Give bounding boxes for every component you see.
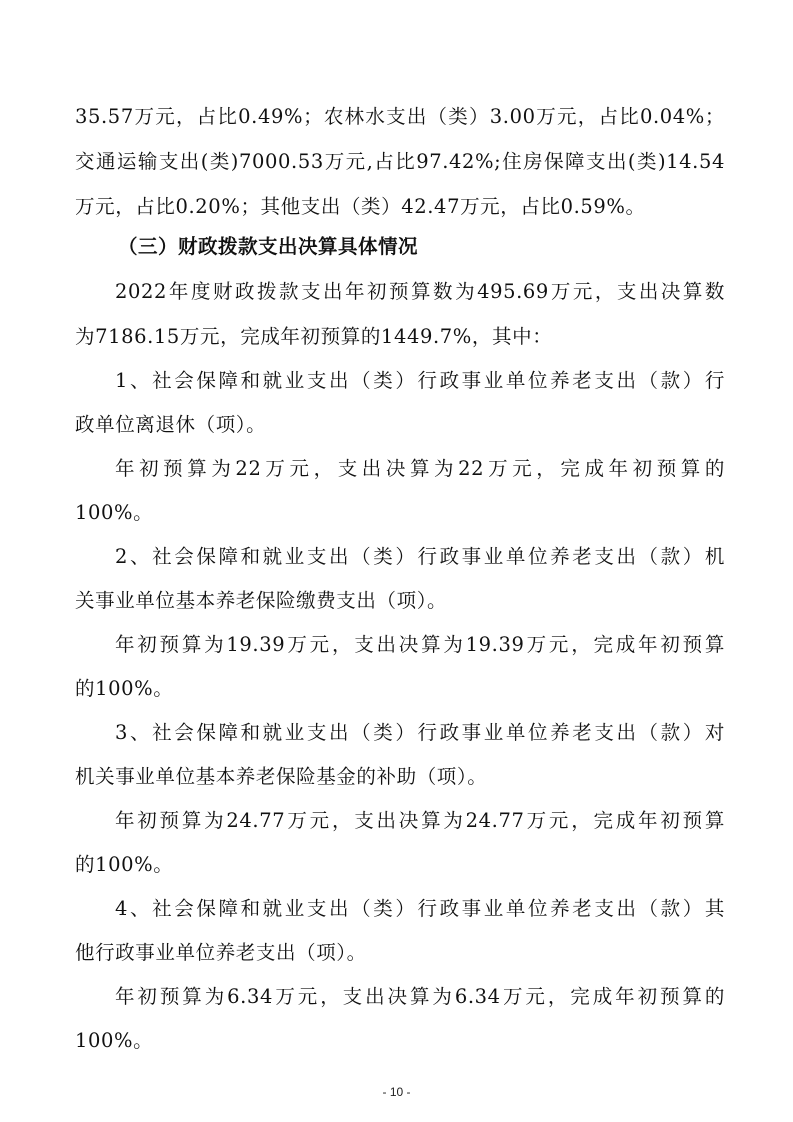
item-2-title-line-1: 2、社会保障和就业支出（类）行政事业单位养老支出（款）机: [115, 545, 725, 569]
summary-line-2: 为7186.15万元，完成年初预算的1449.7%，其中：: [75, 325, 725, 349]
page-number: - 10 -: [0, 1085, 793, 1099]
item-4-title-line-1: 4、社会保障和就业支出（类）行政事业单位养老支出（款）其: [115, 897, 725, 921]
item-1-title-line-2: 政单位离退休（项）。: [75, 413, 725, 437]
item-4-title-line-2: 他行政事业单位养老支出（项）。: [75, 941, 725, 965]
item-1-detail-line-1: 年初预算为22万元，支出决算为22万元，完成年初预算的: [115, 457, 725, 481]
item-1-title-line-1: 1、社会保障和就业支出（类）行政事业单位养老支出（款）行: [115, 369, 725, 393]
item-3-detail-line-2: 的100%。: [75, 853, 725, 877]
item-3-title-line-1: 3、社会保障和就业支出（类）行政事业单位养老支出（款）对: [115, 721, 725, 745]
intro-line-1: 35.57万元，占比0.49%；农林水支出（类）3.00万元，占比0.04%；: [75, 105, 725, 129]
intro-line-2: 交通运输支出(类)7000.53万元,占比97.42%;住房保障支出(类)14.…: [75, 150, 725, 174]
item-2-detail-line-1: 年初预算为19.39万元，支出决算为19.39万元，完成年初预算: [115, 633, 725, 657]
item-1-detail-line-2: 100%。: [75, 501, 725, 525]
item-4-detail-line-2: 100%。: [75, 1029, 725, 1053]
summary-line-1: 2022年度财政拨款支出年初预算数为495.69万元，支出决算数: [115, 280, 725, 304]
item-2-detail-line-2: 的100%。: [75, 677, 725, 701]
item-2-title-line-2: 关事业单位基本养老保险缴费支出（项）。: [75, 589, 725, 613]
item-3-detail-line-1: 年初预算为24.77万元，支出决算为24.77万元，完成年初预算: [115, 809, 725, 833]
document-page: 35.57万元，占比0.49%；农林水支出（类）3.00万元，占比0.04%； …: [0, 0, 793, 1122]
item-3-title-line-2: 机关事业单位基本养老保险基金的补助（项）。: [75, 765, 725, 789]
section-heading: （三）财政拨款支出决算具体情况: [118, 235, 768, 259]
item-4-detail-line-1: 年初预算为6.34万元，支出决算为6.34万元，完成年初预算的: [115, 985, 725, 1009]
intro-line-3: 万元，占比0.20%；其他支出（类）42.47万元，占比0.59%。: [75, 195, 725, 219]
